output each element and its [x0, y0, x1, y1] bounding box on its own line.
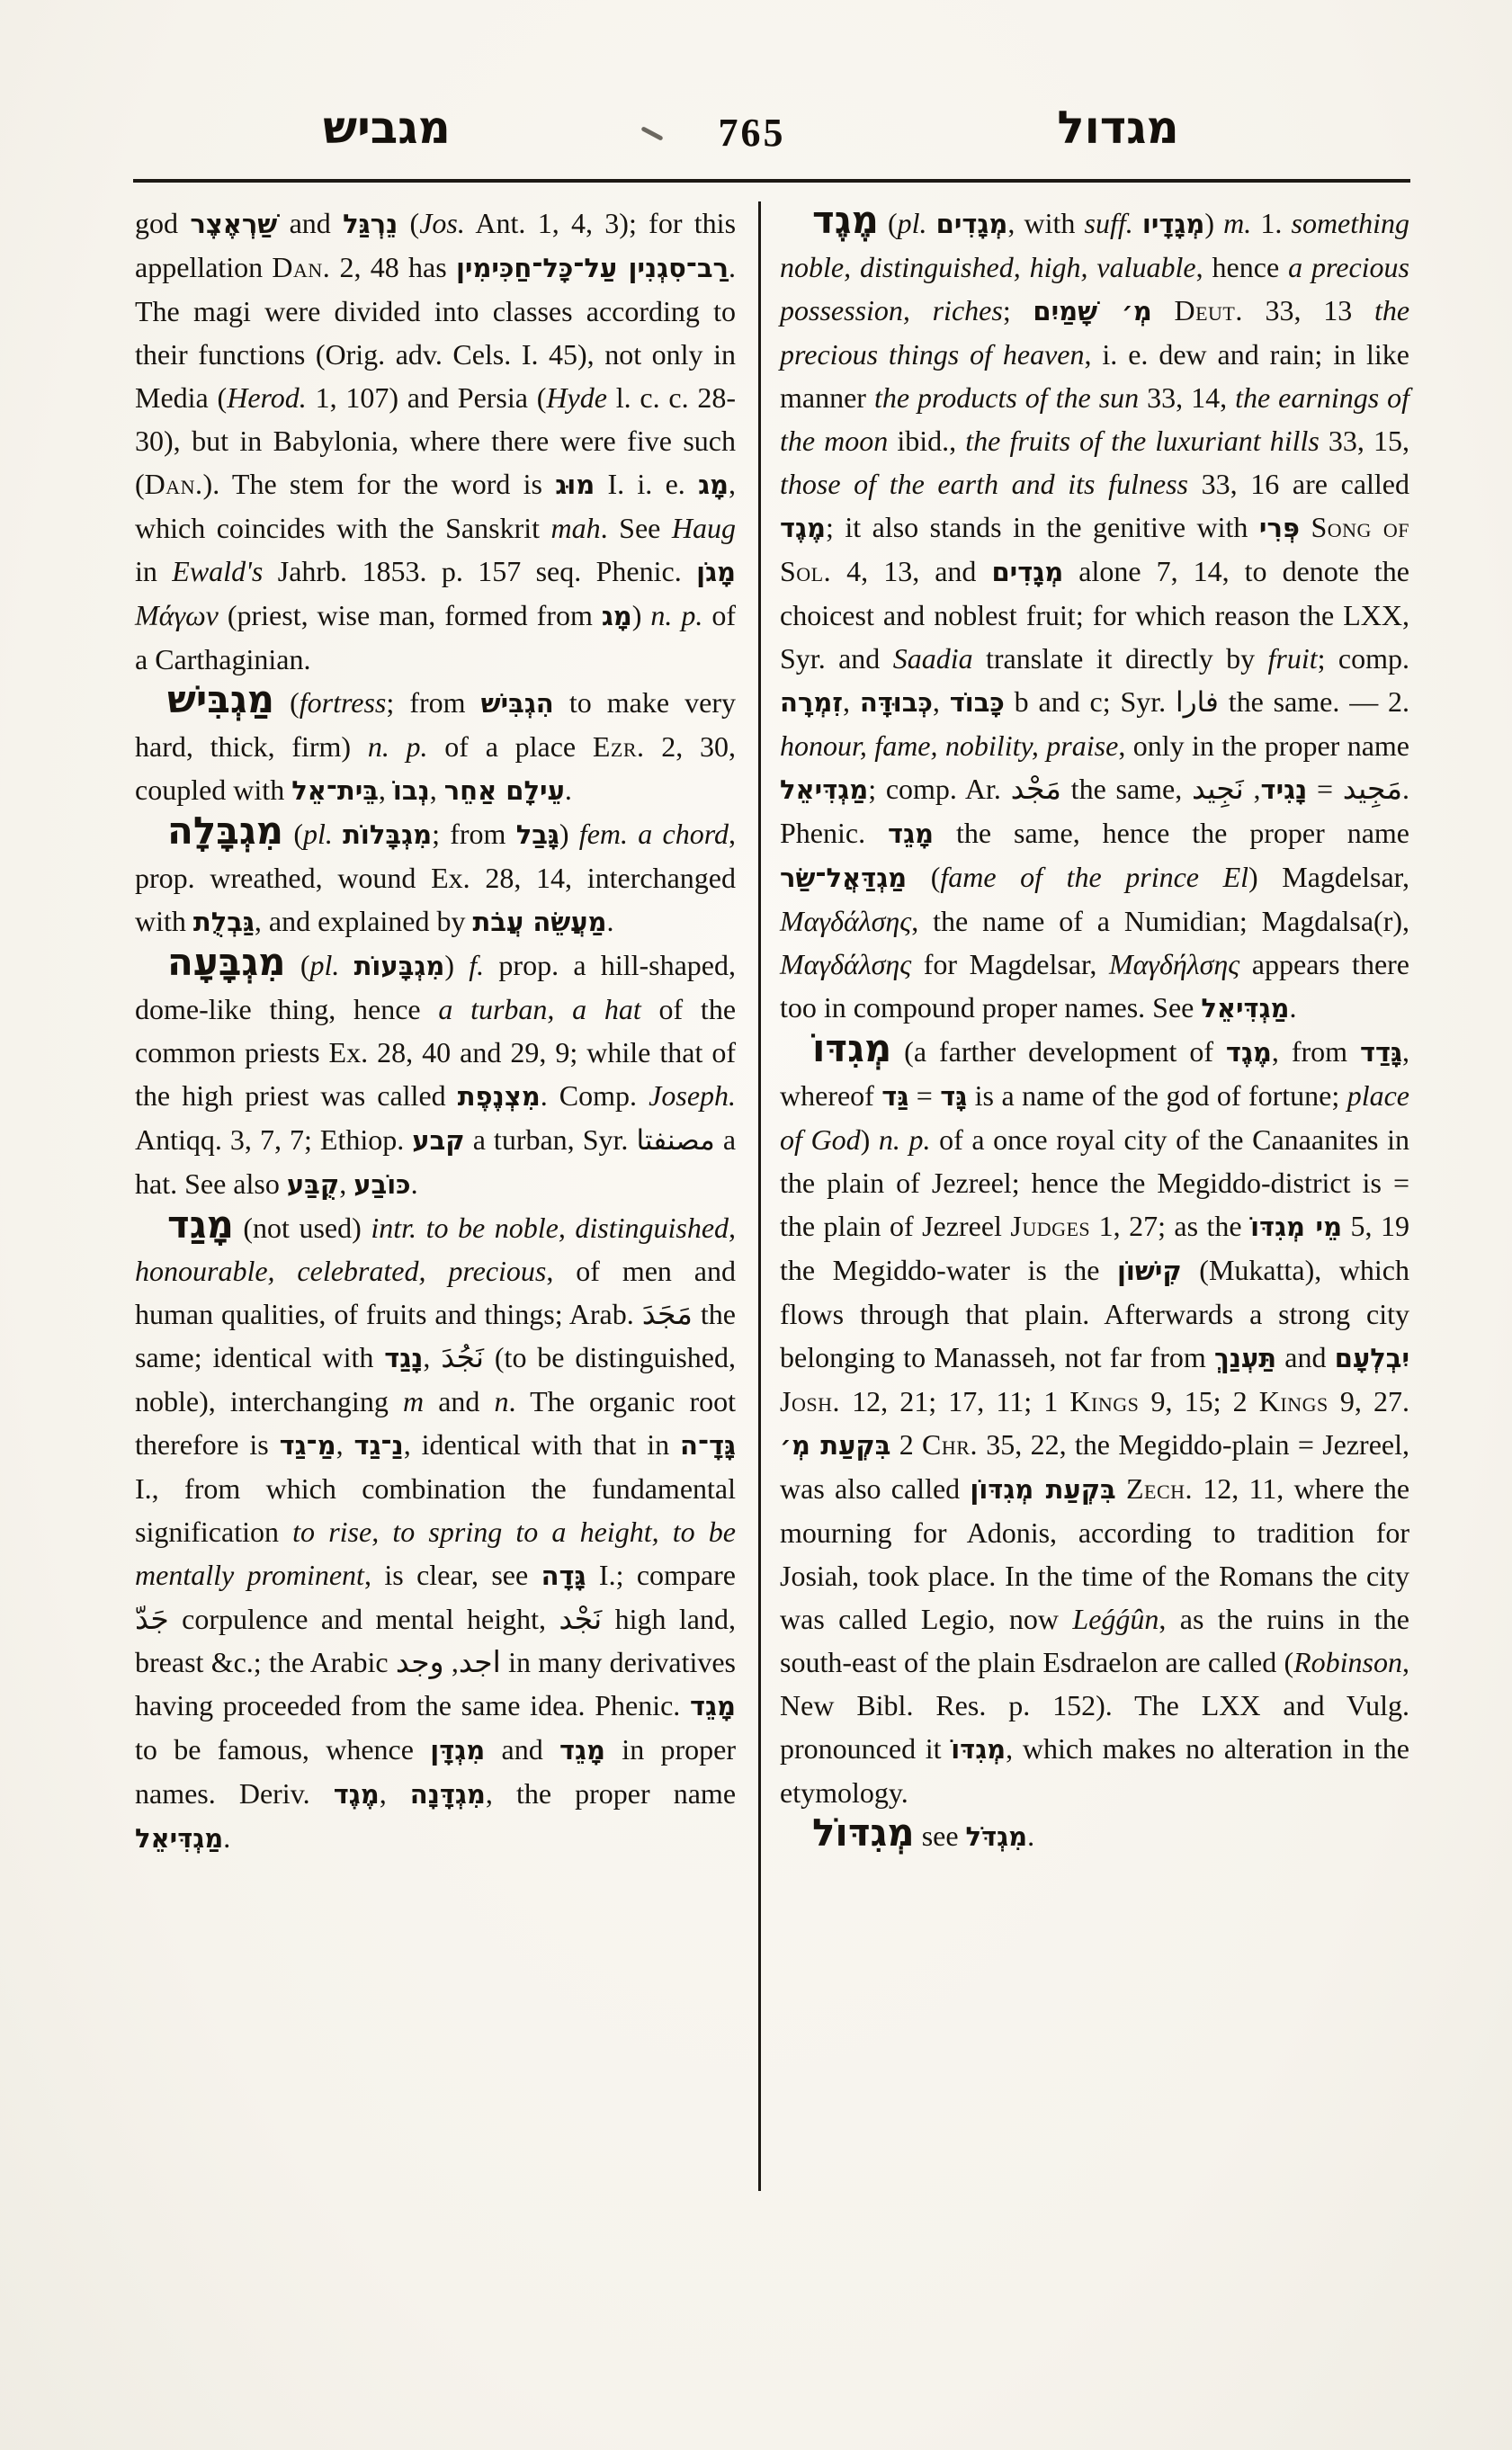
hebrew-word: גָּבַל: [516, 819, 559, 850]
text-run: ): [861, 1123, 879, 1156]
hebrew-word: מָגֹן: [696, 557, 736, 587]
text-run: the same,: [1061, 773, 1192, 805]
text-run: a turban, Syr.: [465, 1123, 637, 1156]
hebrew-word: מְגִדּוֹ: [951, 1734, 1006, 1765]
text-run: 2, 48 has: [330, 251, 456, 283]
text-run: , is clear, see: [364, 1559, 541, 1591]
italic-text-run: n. p.: [879, 1123, 931, 1156]
hebrew-word: מֵי מְגִדּוֹ: [1250, 1212, 1342, 1242]
text-run: I. i. e.: [595, 468, 698, 500]
text-run: 12, 21; 17, 11; 1: [840, 1385, 1069, 1417]
hebrew-word: מַגְדַּאֲל־שַׂר: [780, 863, 907, 893]
greek-word: Μαγδάλσης: [780, 948, 911, 980]
entry-headword: מִגְבָּעָה: [167, 940, 286, 984]
text-run: ,: [379, 773, 393, 806]
italic-text-run: Haug: [672, 512, 736, 544]
hebrew-word: מִצְנֶפֶת: [458, 1081, 541, 1112]
text-run: 4, 13, and: [831, 555, 991, 587]
italic-text-run: the fruits of the luxuriant hills: [965, 425, 1320, 457]
smallcaps-reference: Kings: [1259, 1385, 1329, 1417]
italic-text-run: suff.: [1085, 207, 1133, 239]
text-run: ; from: [386, 686, 480, 719]
hebrew-word: גַּבְלֻת: [193, 907, 255, 937]
text-run: ibid.,: [888, 425, 965, 457]
hebrew-word: מָגֵד: [888, 818, 934, 849]
arabic-word: اجد: [459, 1644, 501, 1679]
hebrew-word: בֵּית־אֵל: [291, 775, 379, 806]
text-run: .: [1027, 1820, 1034, 1852]
hebrew-word: מֶגֶד: [780, 513, 826, 543]
text-run: of a place: [428, 730, 593, 763]
italic-text-run: a turban, a hat: [438, 993, 640, 1025]
hebrew-word: מַגְדִּיאֵל: [135, 1823, 223, 1854]
text-run: (: [286, 949, 310, 981]
greek-word: Μαγδάλσης: [780, 905, 911, 937]
entry-headword: מַגְבִּישׁ: [167, 677, 274, 721]
text-run: ,: [423, 1341, 441, 1373]
text-run: the same. — 2.: [1219, 685, 1409, 718]
text-run: =: [908, 1079, 940, 1112]
text-run: (: [283, 818, 303, 850]
right-column: מֶגֶד (pl. מְגָדִים, with suff. מְגָדָיו…: [780, 201, 1409, 1858]
hebrew-word: מָגֵד: [559, 1735, 605, 1766]
hebrew-word: מַגְדִּיאֵל: [780, 774, 868, 805]
text-run: .: [411, 1167, 418, 1200]
hebrew-word: הִגְבִּישׁ: [481, 688, 554, 719]
text-run: [1152, 294, 1175, 326]
column-divider: [758, 201, 761, 2191]
text-run: [339, 949, 353, 981]
text-run: ) Magdelsar,: [1248, 861, 1409, 893]
hebrew-word: נַ־גַד: [354, 1430, 404, 1461]
text-run: see: [915, 1820, 966, 1852]
text-run: 9, 27.: [1329, 1385, 1409, 1417]
hebrew-word: מִגְדָּנָה: [410, 1779, 486, 1810]
italic-text-run: n. p.: [368, 730, 428, 763]
hebrew-word: מֶגֶד: [1226, 1037, 1272, 1068]
syriac-word: فارا: [1176, 686, 1219, 719]
text-run: .: [1290, 991, 1297, 1024]
greek-word: Μαγδήλσης: [1109, 948, 1239, 980]
hebrew-word: זִמְרָה: [780, 687, 843, 718]
hebrew-word: כָּבוֹד: [950, 687, 1005, 718]
italic-text-run: Leǵǵûn: [1072, 1603, 1159, 1635]
arabic-word: جَدّ: [135, 1601, 169, 1636]
left-column: god שַׁרְאֶצֶר and נֵרְגַּל (Jos. Ant. 1…: [135, 201, 736, 1860]
hebrew-word: מְ׳ שָׁמַיִם: [1033, 296, 1151, 326]
entry-headword: מֶגֶד: [812, 198, 879, 242]
entry-continuation-mag: god שַׁרְאֶצֶר and נֵרְגַּל (Jos. Ant. 1…: [135, 201, 736, 681]
italic-text-run: honour, fame, nobility, praise: [780, 729, 1118, 762]
italic-text-run: m: [403, 1385, 424, 1417]
text-run: ,: [430, 773, 444, 806]
text-run: , identical with that in: [404, 1428, 680, 1461]
text-run: . See: [601, 512, 672, 544]
hebrew-word: גָּד: [940, 1081, 967, 1112]
arabic-word: مَجَدَ: [642, 1296, 693, 1331]
hebrew-word: נָגִיד: [1261, 774, 1308, 805]
entry-migbalah: מִגְבָּלָה (pl. מִגְבָּלוֹת; from גָּבַל…: [135, 812, 736, 943]
smallcaps-reference: Judges: [1010, 1210, 1090, 1242]
text-run: ): [559, 818, 579, 850]
italic-text-run: m.: [1223, 207, 1251, 239]
hebrew-word: פְּרִי: [1259, 513, 1300, 543]
text-run: Antiqq. 3, 7, 7; Ethiop.: [135, 1123, 412, 1156]
italic-text-run: n. p.: [650, 599, 702, 631]
text-run: 2: [890, 1428, 922, 1461]
text-run: 33, 13: [1243, 294, 1374, 326]
arabic-word: نَجُدَ: [441, 1339, 484, 1374]
text-run: .: [565, 773, 572, 806]
text-run: god: [135, 207, 190, 239]
hebrew-word: מְגָדִים: [991, 557, 1063, 587]
text-run: and: [1276, 1341, 1335, 1373]
arabic-word: مَجِيد: [1343, 771, 1402, 806]
text-run: and: [277, 207, 343, 239]
text-run: (a farther development of: [891, 1035, 1226, 1068]
text-run: (priest, wise man, formed from: [219, 599, 602, 631]
text-run: [1133, 207, 1142, 239]
text-run: =: [1307, 773, 1343, 805]
italic-text-run: Ewald's: [172, 555, 263, 587]
text-run: [628, 818, 638, 850]
italic-text-run: mah: [551, 512, 601, 544]
smallcaps-reference: Dan.: [145, 468, 203, 500]
ink-speck: [640, 126, 663, 141]
entry-headword: מִגְבָּלָה: [167, 809, 283, 853]
hebrew-word: מָג: [698, 469, 729, 500]
hebrew-word: מֶגֶד: [334, 1779, 380, 1810]
text-run: (: [398, 207, 419, 239]
hebrew-word: קִישׁוֹן: [1117, 1256, 1182, 1286]
italic-text-run: Joseph.: [649, 1079, 736, 1112]
hebrew-word: מָג: [602, 601, 632, 631]
text-run: .: [223, 1821, 230, 1854]
text-run: [1116, 1472, 1126, 1505]
italic-text-run: pl.: [309, 949, 339, 981]
smallcaps-reference: Josh.: [780, 1385, 840, 1417]
page-number: 765: [719, 106, 786, 160]
text-run: ; from: [432, 818, 516, 850]
text-run: ): [1204, 207, 1223, 239]
running-head-right: מגדול: [1057, 101, 1178, 155]
hebrew-word: תַּעְנַךְ: [1214, 1343, 1276, 1373]
text-run: ; comp. Ar.: [868, 773, 1010, 805]
text-run: ,: [339, 1167, 353, 1200]
italic-text-run: Jos.: [419, 207, 465, 239]
italic-text-run: intr.: [371, 1212, 416, 1244]
hebrew-word: מַ־גַד: [280, 1430, 336, 1461]
italic-text-run: Saadia: [893, 642, 973, 675]
arabic-word: مَجْد: [1011, 771, 1061, 806]
entry-megiddol-crossref: מְגִדּוֹל see מִגְדֹּל.: [780, 1814, 1409, 1858]
hebrew-word: מִגְבָּעוֹת: [354, 951, 445, 981]
smallcaps-reference: Chr.: [922, 1428, 978, 1461]
text-run: , from: [1272, 1035, 1360, 1068]
text-run: in: [135, 555, 172, 587]
text-run: and: [424, 1385, 494, 1417]
hebrew-word: מַעֲשֵׂה עֲבֹת: [472, 907, 606, 937]
text-run: ,: [444, 1646, 459, 1678]
hebrew-word: גָּדָה: [541, 1560, 586, 1591]
text-run: ): [632, 599, 651, 631]
text-run: 33, 14,: [1139, 381, 1235, 414]
text-run: 1.: [1251, 207, 1291, 239]
entry-headword: מְגִדּוֹ: [812, 1026, 891, 1070]
text-columns: god שַׁרְאֶצֶר and נֵרְגַּל (Jos. Ant. 1…: [135, 201, 1412, 2191]
hebrew-word: יִבְלְעָם: [1335, 1343, 1409, 1373]
hebrew-word: רַב־סִגְנִין עַל־כָּל־חַכִּימִין: [456, 253, 729, 283]
text-run: is a name of the god of fortune;: [967, 1079, 1346, 1112]
text-run: ,: [1244, 773, 1261, 805]
text-run: (: [907, 861, 940, 893]
italic-text-run: fruit: [1268, 642, 1318, 675]
entry-headword: מְגִדּוֹל: [812, 1811, 915, 1855]
hebrew-word: מוּג: [555, 469, 595, 500]
text-run: ; comp.: [1318, 642, 1409, 675]
text-run: b and c; Syr.: [1005, 685, 1176, 718]
italic-text-run: n: [495, 1385, 509, 1417]
smallcaps-reference: Zech.: [1126, 1472, 1193, 1505]
italic-text-run: fortress: [300, 686, 387, 719]
hebrew-word: מִגְדֹּל: [966, 1821, 1028, 1852]
hebrew-word: קבע: [412, 1125, 464, 1156]
hebrew-word: בִּקְעַת מְגִדּוֹן: [970, 1474, 1115, 1505]
smallcaps-reference: Deut.: [1174, 294, 1242, 326]
text-run: Jahrb. 1853. p. 157 seq. Phenic.: [263, 555, 696, 587]
text-run: [927, 207, 936, 239]
text-run: corpulence and mental height,: [169, 1603, 559, 1635]
entry-meged: מֶגֶד (pl. מְגָדִים, with suff. מְגָדָיו…: [780, 201, 1409, 1030]
smallcaps-reference: Dan.: [272, 251, 330, 283]
smallcaps-reference: Ezr.: [593, 730, 645, 763]
text-run: . Comp.: [541, 1079, 649, 1112]
entry-migbaah: מִגְבָּעָה (pl. מִגְבָּעוֹת) f. prop. a …: [135, 943, 736, 1206]
text-run: ): [444, 949, 469, 981]
italic-text-run: Hyde: [546, 381, 607, 414]
text-run: 9, 15; 2: [1139, 1385, 1258, 1417]
header-rule: [133, 179, 1410, 183]
syriac-word: مصنفتا: [636, 1124, 714, 1157]
arabic-word: نَجْد: [559, 1601, 602, 1636]
hebrew-word: כּוֹבַע: [353, 1169, 410, 1200]
italic-text-run: fame of the prince El: [940, 861, 1248, 893]
italic-text-run: fem.: [579, 818, 628, 850]
text-run: I.; compare: [586, 1559, 736, 1591]
text-run: ,: [933, 685, 950, 718]
text-run: (not used): [234, 1212, 371, 1244]
hebrew-word: קֻבַּע: [287, 1169, 339, 1200]
hebrew-word: מִגְבָּלוֹת: [343, 819, 432, 850]
hebrew-word: שַׁרְאֶצֶר: [190, 209, 277, 239]
entry-magad-root: מָגַד (not used) intr. to be noble, dist…: [135, 1206, 736, 1860]
hebrew-word: בִּקְעַת מְ׳: [780, 1430, 890, 1461]
hebrew-word: גָּדָ־ה: [680, 1430, 736, 1461]
italic-text-run: f.: [469, 949, 484, 981]
text-run: , and explained by: [255, 905, 473, 937]
text-run: 1, 27; as the: [1090, 1210, 1250, 1242]
text-run: (: [274, 686, 300, 719]
text-run: [1300, 511, 1311, 543]
text-run: 1, 107) and Persia (: [307, 381, 547, 414]
text-run: translate it directly by: [973, 642, 1268, 675]
text-run: 33, 15,: [1320, 425, 1409, 457]
running-head-left: מגביש: [323, 101, 451, 155]
text-run: , only in the proper name: [1118, 729, 1409, 762]
dictionary-page: מגביש 765 מגדול god שַׁרְאֶצֶר and נֵרְג…: [0, 0, 1512, 2450]
text-run: 33, 16 are called: [1188, 468, 1409, 500]
italic-text-run: Herod.: [227, 381, 307, 414]
text-run: ;: [1003, 294, 1033, 326]
italic-text-run: pl.: [898, 207, 927, 239]
text-run: ,: [380, 1777, 410, 1810]
text-run: and: [485, 1733, 559, 1766]
text-run: , with: [1007, 207, 1084, 239]
hebrew-word: כְּבוּדָּה: [860, 687, 933, 718]
text-run: ). The stem for the word is: [203, 468, 556, 500]
hebrew-word: גָּדַד: [1360, 1037, 1402, 1068]
text-run: [416, 1212, 426, 1244]
hebrew-word: גַּד: [881, 1081, 908, 1112]
smallcaps-reference: Kings: [1069, 1385, 1139, 1417]
hebrew-word: נְבוֹ: [393, 775, 430, 806]
hebrew-word: מְגָדָיו: [1142, 209, 1204, 239]
entry-magbish: מַגְבִּישׁ (fortress; from הִגְבִּישׁ to…: [135, 681, 736, 812]
hebrew-word: מְגָדִים: [936, 209, 1008, 239]
hebrew-word: מַגְדִּיאֵל: [1201, 993, 1289, 1024]
italic-text-run: pl.: [303, 818, 333, 850]
arabic-word: نَجِيد: [1192, 771, 1244, 806]
entry-headword: מָגַד: [167, 1203, 234, 1247]
italic-text-run: a chord: [638, 818, 729, 850]
italic-text-run: the products of the sun: [874, 381, 1139, 414]
hebrew-word: נָגַד: [384, 1343, 423, 1373]
text-run: ,: [336, 1428, 354, 1461]
text-run: ,: [843, 685, 860, 718]
text-run: , hence: [1196, 251, 1288, 283]
text-run: , the name of a Numidian; Magdalsa(r),: [911, 905, 1409, 937]
text-run: the same, hence the proper name: [934, 817, 1409, 849]
hebrew-word: נֵרְגַּל: [343, 209, 398, 239]
hebrew-word: עֵילָם אַחֵר: [444, 775, 565, 806]
text-run: .: [607, 905, 614, 937]
greek-word: Μάγων: [135, 599, 219, 631]
hebrew-word: מָגֵד: [690, 1691, 736, 1721]
text-run: [333, 818, 343, 850]
hebrew-word: מִגְדָּן: [430, 1735, 485, 1766]
arabic-word: وجد: [396, 1644, 444, 1679]
text-run: , the proper name: [486, 1777, 736, 1810]
text-run: to be famous, whence: [135, 1733, 430, 1766]
text-run: for Magdelsar,: [911, 948, 1109, 980]
text-run: (: [879, 207, 898, 239]
entry-megiddo: מְגִדּוֹ (a farther development of מֶגֶד…: [780, 1030, 1409, 1814]
text-run: ; it also stands in the genitive with: [826, 511, 1259, 543]
italic-text-run: Robinson: [1293, 1646, 1402, 1678]
italic-text-run: those of the earth and its fulness: [780, 468, 1188, 500]
